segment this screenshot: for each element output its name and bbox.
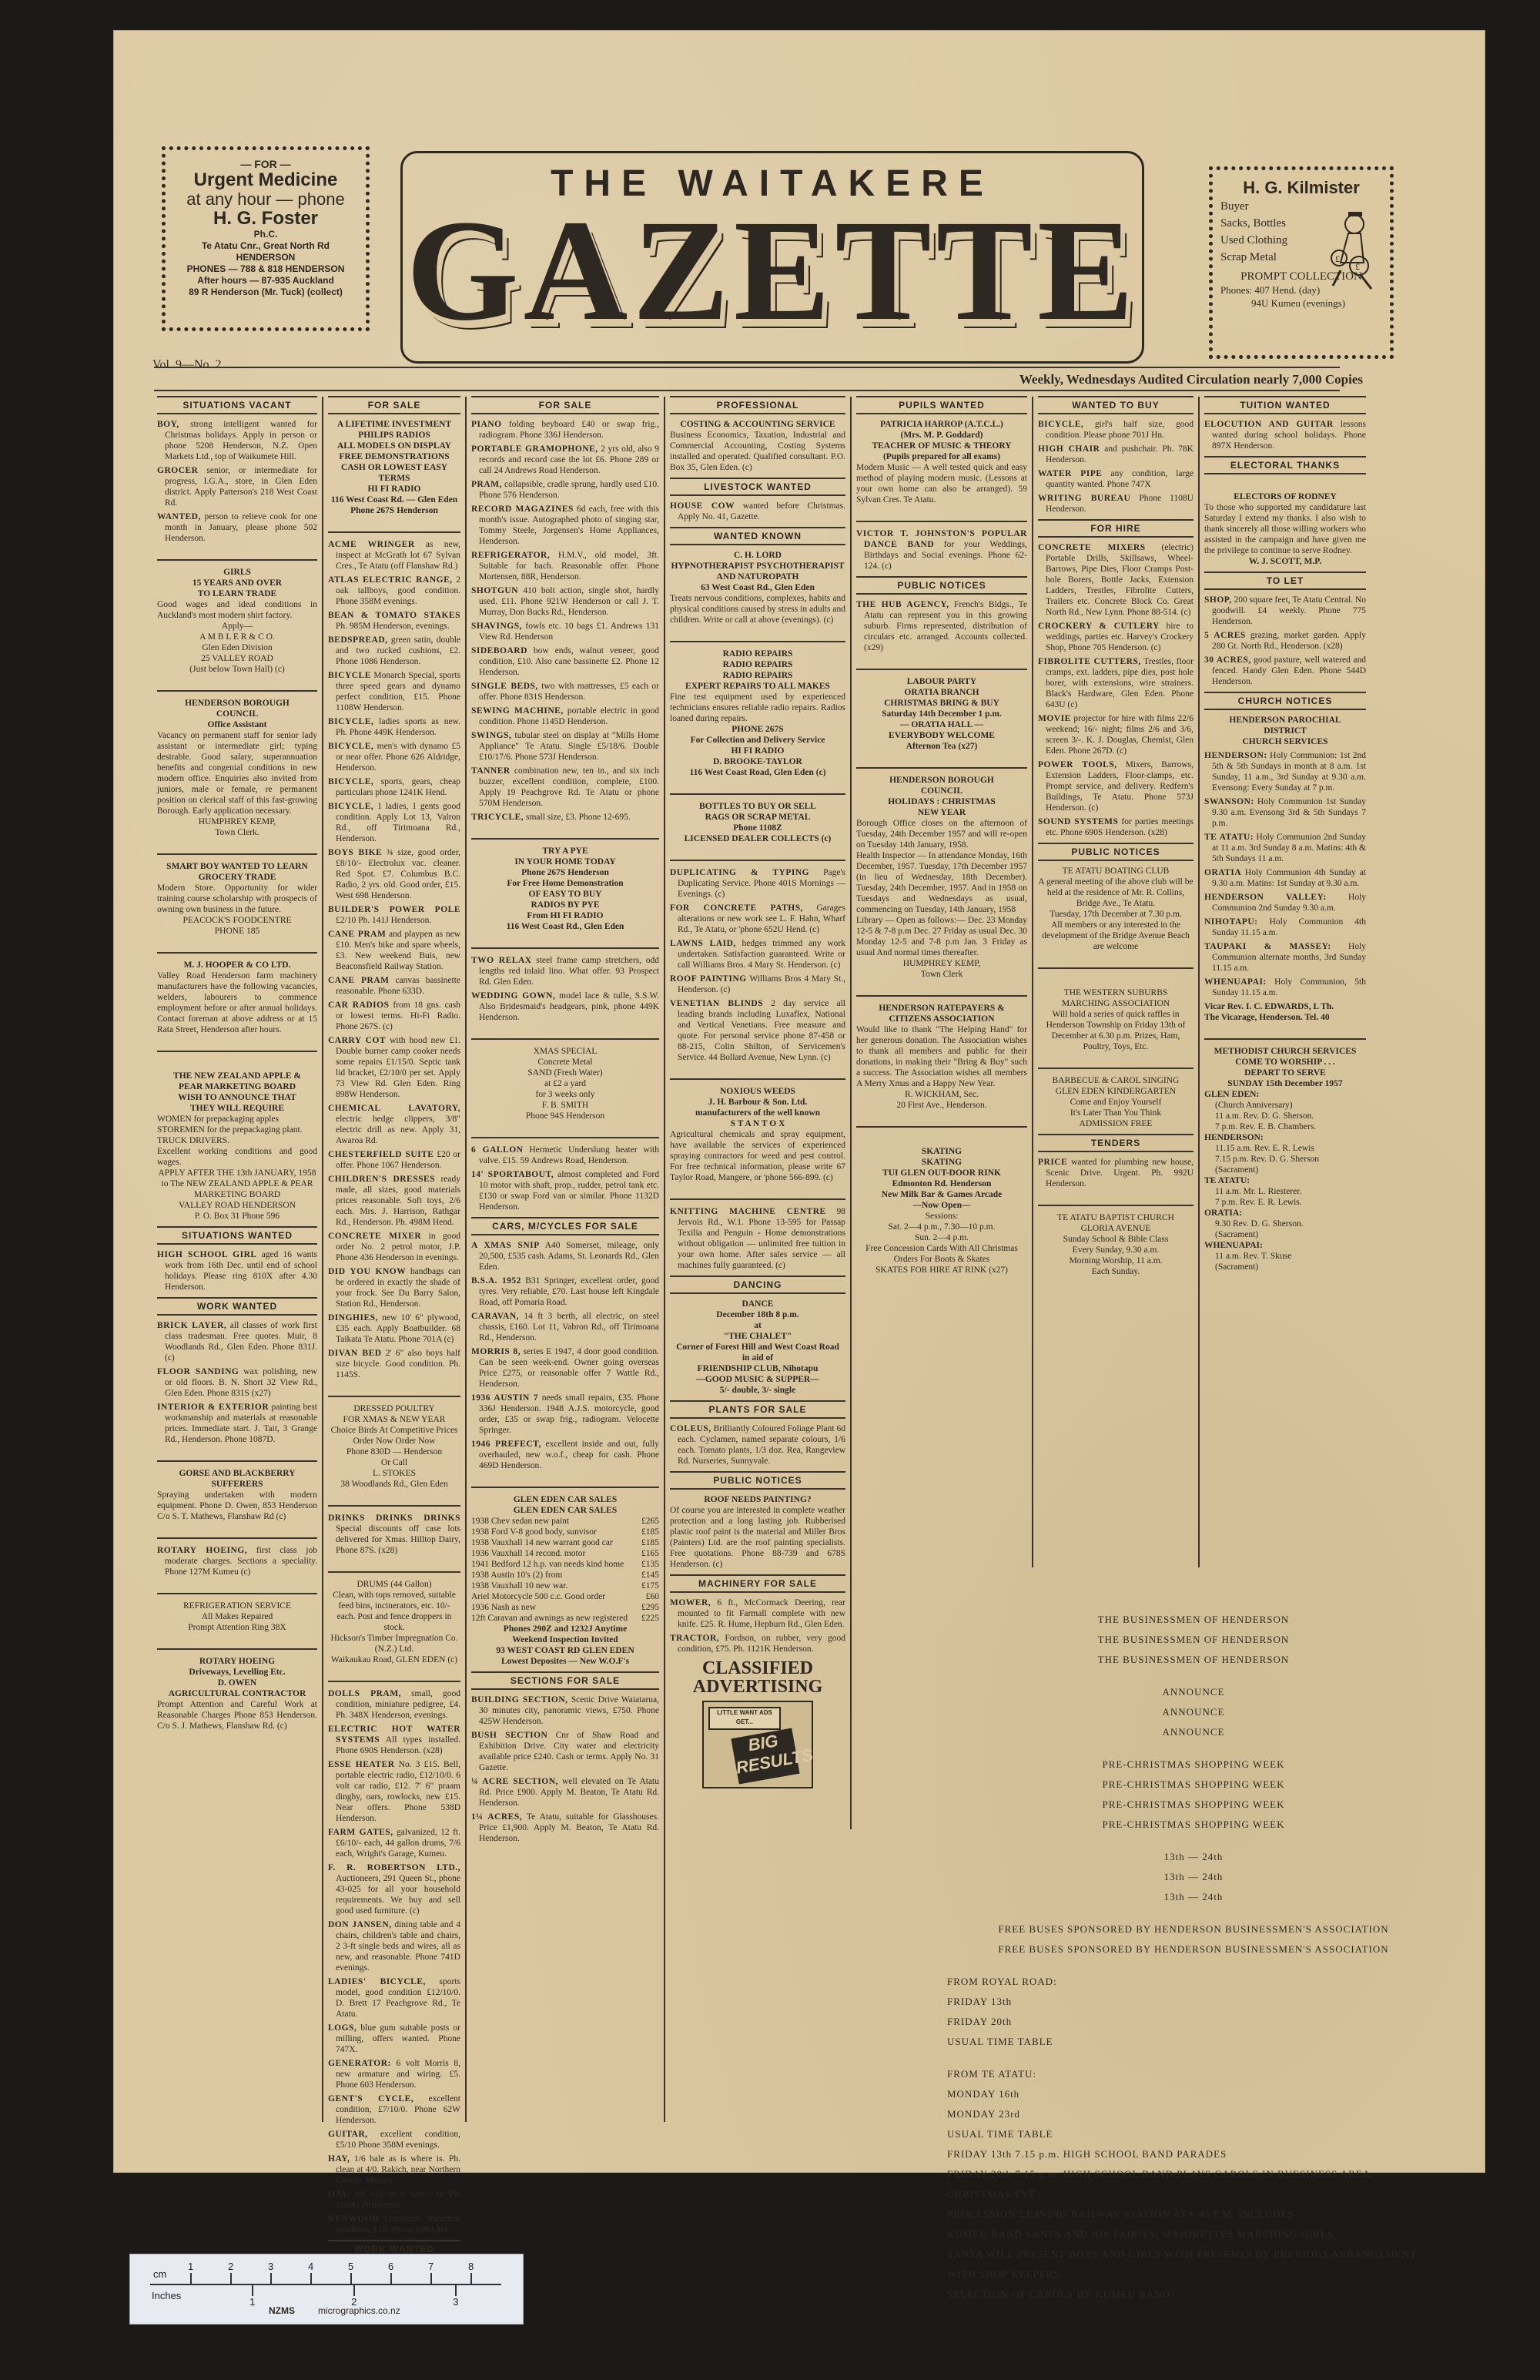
car-price: £60 — [646, 1591, 659, 1602]
ad-keyword: MORRIS 8, — [471, 1347, 521, 1356]
circulation-line: Weekly, Wednesdays Audited Circulation n… — [1019, 372, 1363, 387]
classified-ad: WEDDING GOWN, model lace & tulle, S.S.W.… — [471, 991, 659, 1023]
divider — [856, 1117, 1027, 1128]
inch-tick — [252, 2285, 253, 2296]
text-line: Every Sunday, 9.30 a.m. — [1038, 1245, 1193, 1255]
text-line: GLEN EDEN KINDERGARTEN — [1038, 1086, 1193, 1097]
classified-ad: BICYCLE, 1 ladies, 1 gents good conditio… — [328, 801, 460, 844]
cm-tick — [190, 2273, 192, 2284]
cm-tick — [390, 2273, 392, 2284]
text-line: (Mrs. M. P. Goddard) — [856, 430, 1027, 441]
section-heading: PUBLIC NOTICES — [670, 1471, 845, 1490]
classified-ad: CARAVAN, 14 ft 3 berth, all electric, on… — [471, 1311, 659, 1343]
text-line: Phone 830D — Henderson — [328, 1446, 460, 1457]
ad-keyword: CROCKERY & CUTLERY — [1038, 622, 1160, 631]
car-name: 1938 Chev sedan new paint — [471, 1516, 569, 1527]
text-line: 38 Woodlands Rd., Glen Eden — [328, 1479, 460, 1490]
classified-ad: SEWING MACHINE, portable electric in goo… — [471, 706, 659, 727]
ad-keyword: DUPLICATING & TYPING — [670, 868, 809, 877]
cm-tick — [430, 2273, 432, 2284]
text-line: TRY A PYE — [471, 846, 659, 856]
paragraph: WOMEN for prepackaging apples — [157, 1114, 317, 1125]
classified-ad: HENDERSON: Holy Communion: 1st 2nd 5th &… — [1204, 750, 1366, 793]
paragraph: Of course you are interested in complete… — [670, 1505, 845, 1570]
text-line: REFRIGERATION SERVICE — [157, 1601, 317, 1611]
classified-ad: LOGS, blue gum suitable posts or milling… — [328, 2023, 460, 2055]
text-line: MONDAY 23rd — [947, 2104, 1440, 2124]
section-heading: FOR HIRE — [1038, 519, 1193, 538]
text-line: TO LEARN TRADE — [157, 588, 317, 599]
text-line: Choice Birds At Competitive Prices — [328, 1425, 460, 1436]
classified-ad: BOYS BIKE ¾ size, good order, £8/10/- El… — [328, 847, 460, 901]
text-line: EVERYBODY WELCOME — [856, 730, 1027, 741]
text-line: —GOOD MUSIC & SUPPER— — [670, 1374, 845, 1385]
text-line: Phone 94S Henderson — [471, 1111, 659, 1121]
text-line: Will hold a series of quick raffles in H… — [1038, 1009, 1193, 1052]
ad-keyword: GENERATOR: — [328, 2059, 391, 2068]
classified-ad: SWINGS, tubular steel on display at "Mil… — [471, 730, 659, 763]
classified-ad: CONCRETE MIXERS (electric) Portable Dril… — [1038, 542, 1193, 618]
church-location: ORATIA: — [1204, 1208, 1366, 1218]
text-line: Office Assistant — [157, 719, 317, 730]
service-time: 7.15 p.m. Rev. D. G. Sherson — [1204, 1154, 1366, 1165]
text-line: Waikaukau Road, GLEN EDEN (c) — [328, 1654, 460, 1665]
text-line: Edmonton Rd. Henderson — [856, 1178, 1027, 1189]
column-rule — [1198, 397, 1200, 1567]
text-line: D. OWEN — [157, 1678, 317, 1688]
classified-ad: FOR CONCRETE PATHS, Garages alterations … — [670, 903, 845, 935]
volume-number: Vol. 9—No. 2 — [152, 358, 222, 372]
divider — [670, 1189, 845, 1200]
ad-keyword: BICYCLE, — [1038, 420, 1083, 429]
classified-ad: PRICE wanted for plumbing new house, Sce… — [1038, 1157, 1193, 1189]
ad-keyword: WEDDING GOWN, — [471, 991, 555, 1001]
service-time: 7 p.m. Rev. E. R. Lewis. — [1204, 1197, 1366, 1208]
car-name: 1938 Vauxhall 14 new warrant good car — [471, 1537, 613, 1548]
divider — [856, 659, 1027, 670]
classified-ad: HIGH SCHOOL GIRL aged 16 wants work from… — [157, 1249, 317, 1292]
text-line: PRE-CHRISTMAS SHOPPING WEEK — [947, 1755, 1440, 1775]
section-heading: TENDERS — [1038, 1134, 1193, 1152]
text-line: THE WESTERN SUBURBS — [1038, 987, 1193, 998]
text-line: GIRLS — [157, 567, 317, 578]
paragraph: Vacancy on permanent staff for senior la… — [157, 730, 317, 816]
cm-label: 1 — [188, 2261, 193, 2272]
text-line: J. H. Barbour & Son. Ltd. — [670, 1097, 845, 1108]
text-line: FOR XMAS & NEW YEAR — [328, 1414, 460, 1425]
divider — [471, 938, 659, 949]
section-heading: WORK WANTED — [157, 1297, 317, 1316]
classified-ad: BEAN & TOMATO STAKES Ph. 985M Henderson,… — [328, 610, 460, 632]
ad-keyword: CARRY COT — [328, 1036, 386, 1045]
text-line: TE ATATU BAPTIST CHURCH — [1038, 1212, 1193, 1223]
text-line: THE NEW ZEALAND APPLE & — [157, 1071, 317, 1081]
text-line: in aid of — [670, 1353, 845, 1363]
text-line: PRE-CHRISTMAS SHOPPING WEEK — [947, 1795, 1440, 1815]
ad-keyword: CHILDREN'S DRESSES — [328, 1175, 435, 1184]
text-line: WISH TO ANNOUNCE THAT — [157, 1092, 317, 1103]
classified-line: ADVERTISING — [670, 1678, 845, 1696]
column-rule — [465, 397, 467, 2122]
classified-ad: HOUSE COW wanted before Christmas. Apply… — [670, 501, 845, 522]
text-line: (Just below Town Hall) (c) — [157, 664, 317, 675]
classified-ad: TWO RELAX steel frame camp stretchers, o… — [471, 955, 659, 987]
ad-keyword: BOY, — [157, 420, 179, 429]
cm-label: 3 — [268, 2261, 273, 2272]
divider — [328, 1386, 460, 1397]
classified-ad: CHILDREN'S DRESSES ready made, all sizes… — [328, 1174, 460, 1228]
ad-keyword: HENDERSON: — [1204, 751, 1267, 760]
big-results-icon: BIG RESULTS — [731, 1728, 799, 1785]
service-time: 11 a.m. Rev. T. Skuse — [1204, 1251, 1366, 1262]
classified-ad: SIDEBOARD bow ends, walnut veneer, good … — [471, 645, 659, 678]
ad-keyword: HIGH SCHOOL GIRL — [157, 1250, 257, 1259]
ad-keyword: LAWNS LAID, — [670, 939, 736, 948]
text-line: FRIENDSHIP CLUB, Nihotapu — [670, 1363, 845, 1374]
text-line: Sun. 2—4 p.m. — [856, 1232, 1027, 1243]
divider — [157, 1041, 317, 1052]
text-line: HENDERSON PAROCHIAL — [1204, 715, 1366, 726]
car-name: 12ft Caravan and awnings as new register… — [471, 1613, 628, 1624]
classified-ad: ACME WRINGER as new, inspect at McGrath … — [328, 539, 460, 572]
text-line: BARBECUE & CAROL SINGING — [1038, 1075, 1193, 1086]
text-line: HI FI RADIO — [328, 484, 460, 494]
text-line: F. B. SMITH — [471, 1100, 659, 1111]
service-time: 11 a.m. Mr. L. Riesterer. — [1204, 1186, 1366, 1197]
text-line: HUMPHREY KEMP, — [856, 958, 1027, 969]
car-price: £225 — [641, 1613, 659, 1624]
spacer — [947, 1907, 1440, 1919]
text-line: HENDERSON BOROUGH — [856, 775, 1027, 786]
text-line: PROCESSION LEAVING RAILWAY STATION AT 6.… — [947, 2204, 1440, 2224]
divider — [157, 943, 317, 954]
classified-ad: FARM GATES, galvanized, 12 ft. £6/10/- e… — [328, 1827, 460, 1859]
classified-ad: KNITTING MACHINE CENTRE 98 Jervois Rd., … — [670, 1206, 845, 1271]
church-location: TE ATATU: — [1204, 1175, 1366, 1186]
ad-keyword: BICYCLE — [328, 671, 371, 680]
ad-keyword: COLEUS, — [670, 1424, 711, 1433]
text-line: Free Concession Cards With All Christmas… — [856, 1243, 1027, 1265]
classified-ad: BRICK LAYER, all classes of work first c… — [157, 1320, 317, 1363]
ad-keyword: REFRIGERATOR, — [471, 551, 550, 560]
classified-ad: 6 GALLON Hermetic Underslung heater with… — [471, 1145, 659, 1166]
section-heading: PROFESSIONAL — [670, 396, 845, 414]
divider — [670, 784, 845, 795]
divider — [1038, 1195, 1193, 1206]
inch-label: 3 — [453, 2296, 458, 2308]
paragraph: To those who supported my candidature la… — [1204, 502, 1366, 556]
ad-keyword: WATER PIPE — [1038, 469, 1102, 478]
text-line: 116 West Coast Rd. — Glen Eden — [328, 494, 460, 505]
ad-keyword: ACME WRINGER — [328, 540, 415, 549]
service-time: (Sacrament) — [1204, 1229, 1366, 1240]
classified-ad: HENDERSON VALLEY: Holy Communion 2nd Sun… — [1204, 892, 1366, 913]
text-line: METHODIST CHURCH SERVICES — [1204, 1046, 1366, 1057]
ad-keyword: 5 ACRES — [1204, 631, 1246, 640]
cm-label: 6 — [388, 2261, 393, 2272]
text-line: FRIDAY 20th 7.15 p.m. HIGH SCHOOL BAND P… — [947, 2164, 1440, 2184]
divider — [154, 367, 1340, 368]
ad-keyword: HAY, — [328, 2154, 350, 2164]
classified-ad: B.S.A. 1952 B31 Springer, excellent orde… — [471, 1275, 659, 1308]
service-time: (Church Anniversary) — [1204, 1100, 1366, 1111]
classified-ad: INTERIOR & EXTERIOR painting best workma… — [157, 1402, 317, 1445]
divider — [157, 681, 317, 692]
text-line: CASH OR LOWEST EASY TERMS — [328, 462, 460, 484]
ad-keyword: BICYCLE, — [328, 742, 373, 751]
classified-ad: 30 ACRES, good pasture, well watered and… — [1204, 655, 1366, 687]
text-line: HENDERSON RATEPAYERS & — [856, 1003, 1027, 1014]
ad-keyword: NIHOTAPU: — [1204, 917, 1257, 927]
cm-label: 8 — [468, 2261, 474, 2272]
text-line: DANCE — [670, 1299, 845, 1309]
church-location: HENDERSON: — [1204, 1132, 1366, 1143]
ad-keyword: CARAVAN, — [471, 1312, 519, 1321]
column-4: PROFESSIONALCOSTING & ACCOUNTING SERVICE… — [670, 391, 845, 1793]
text-line: Vicar Rev. I. C. EDWARDS, L Th. — [1204, 1001, 1366, 1012]
classified-ad: REFRIGERATOR, H.M.V., old model, 3ft. Su… — [471, 550, 659, 582]
section-heading: WANTED KNOWN — [670, 527, 845, 545]
cm-label: 4 — [308, 2261, 313, 2272]
classified-ad: ESSE HEATER No. 3 £15. Bell, portable el… — [328, 1759, 460, 1824]
text-line: FRIDAY 13th — [947, 1992, 1440, 2012]
classified-ad: WATER PIPE any condition, large quantity… — [1038, 468, 1193, 490]
text-line: December 18th 8 p.m. — [670, 1309, 845, 1320]
classified-ad: DRINKS DRINKS DRINKS Special discounts o… — [328, 1513, 460, 1556]
paragraph: Fine test equipment used by experienced … — [670, 692, 845, 724]
text-line: GORSE AND BLACKBERRY — [157, 1468, 317, 1479]
classified-ad: 5 ACRES grazing, market garden. Apply 28… — [1204, 630, 1366, 652]
text-line: Corner of Forest Hill and West Coast Roa… — [670, 1342, 845, 1353]
text-line: PEAR MARKETING BOARD — [157, 1081, 317, 1092]
svg-text:£: £ — [1335, 253, 1340, 264]
classified-ad: MOWER, 6 ft., McCormack Deering, rear mo… — [670, 1597, 845, 1630]
classified-ad: CHEMICAL LAVATORY, electric hedge clippe… — [328, 1103, 460, 1146]
classified-ad: GROCER senior, or intermediate for progr… — [157, 465, 317, 508]
section-heading: FOR SALE — [328, 396, 460, 414]
ad-keyword: DIVAN BED — [328, 1349, 382, 1358]
text-line: 116 West Coast Rd., Glen Eden — [471, 921, 659, 932]
paragraph: Library — Open as follows:— Dec. 23 Mond… — [856, 915, 1027, 958]
classified-ad: NIHOTAPU: Holy Communion 4th Sunday 11.1… — [1204, 917, 1366, 938]
divider — [670, 1069, 845, 1080]
spacer — [856, 1134, 1027, 1146]
column-5: PUPILS WANTEDPATRICIA HARROP (A.T.C.L.)(… — [856, 391, 1027, 1275]
text-line: RADIO REPAIRS — [670, 649, 845, 659]
ad-keyword: LADIES' BICYCLE, — [328, 1977, 426, 1986]
inch-tick — [455, 2285, 457, 2296]
classified-ad: PRAM, collapsible, cradle sprung, hardly… — [471, 479, 659, 501]
text-line: — ORATIA HALL — — [856, 719, 1027, 730]
section-heading: PUPILS WANTED — [856, 396, 1027, 414]
section-heading: WANTED TO BUY — [1038, 396, 1193, 414]
text-line: DISTRICT — [1204, 726, 1366, 736]
service-time: (Sacrament) — [1204, 1262, 1366, 1272]
divider — [328, 1562, 460, 1573]
ad-keyword: SHOP, — [1204, 595, 1232, 605]
divider — [157, 1639, 317, 1650]
text-line: OF EASY TO BUY — [471, 889, 659, 900]
text-line: Town Clerk — [856, 969, 1027, 980]
classified-ad: ELOCUTION AND GUITAR lessons wanted duri… — [1204, 419, 1366, 451]
text-line: NOXIOUS WEEDS — [670, 1086, 845, 1097]
text-line: SELECTION OF CAROLS BY KUMEU BAND — [947, 2284, 1440, 2305]
section-heading: LIVESTOCK WANTED — [670, 478, 845, 496]
text-line: DRUMS (44 Gallon) — [328, 1579, 460, 1590]
section-heading: TO LET — [1204, 572, 1366, 590]
text-line: KUMEU BAND SANTA AND HIS FAIRIES, MAJORE… — [947, 2224, 1440, 2244]
divider — [471, 1128, 659, 1138]
text-line: ORATIA BRANCH — [856, 687, 1027, 698]
masthead-title: GAZETTE — [403, 205, 1142, 336]
service-time: 9.30 Rev. D. G. Sherson. — [1204, 1218, 1366, 1229]
classified-ad: VICTOR T. JOHNSTON'S POPULAR DANCE BAND … — [856, 528, 1027, 572]
text-line: (Pupils prepared for all exams) — [856, 451, 1027, 462]
text-line: PHONE 185 — [157, 926, 317, 937]
text-line: S T A N T O X — [670, 1118, 845, 1129]
text-line: THE BUSINESSMEN OF HENDERSON — [947, 1630, 1440, 1650]
spacer — [947, 1670, 1440, 1682]
classified-ad: 1936 AUSTIN 7 needs small repairs, £35. … — [471, 1393, 659, 1436]
text-line: Sessions: — [856, 1211, 1027, 1222]
ad-keyword: BOYS BIKE — [328, 848, 382, 857]
car-row: 1941 Bedford 12 h.p. van needs kind home… — [471, 1559, 659, 1570]
ad-keyword: HENDERSON VALLEY: — [1204, 893, 1327, 902]
section-heading: CARS, M/CYCLES FOR SALE — [471, 1217, 659, 1235]
classified-ad: 1¼ ACRES, Te Atatu, suitable for Glassho… — [471, 1812, 659, 1844]
column-6: WANTED TO BUYBICYCLE, girl's half size, … — [1038, 391, 1193, 1277]
ad-keyword: DINGHIES, — [328, 1313, 378, 1322]
car-name: 1938 Austin 10's (2) from — [471, 1570, 562, 1581]
car-row: 12ft Caravan and awnings as new register… — [471, 1613, 659, 1624]
text-line: GLEN EDEN CAR SALES — [471, 1505, 659, 1516]
ad-keyword: SEWING MACHINE, — [471, 706, 564, 716]
ad-keyword: SINGLE BEDS, — [471, 682, 538, 691]
text-line: FREE DEMONSTRATIONS — [328, 451, 460, 462]
text-line: M. J. HOOPER & CO LTD. — [157, 960, 317, 970]
divider — [1038, 1058, 1193, 1069]
paragraph: Modern Store. Opportunity for wider trai… — [157, 883, 317, 915]
car-name: 1938 Ford V-8 good body, sunvisor — [471, 1527, 597, 1537]
ad-keyword: WANTED, — [157, 512, 201, 521]
classified-ad: BUILDER'S POWER POLE £2/10 Ph. 141J Hend… — [328, 904, 460, 926]
ad-keyword: ESSE HEATER — [328, 1760, 395, 1769]
ad-keyword: CONCRETE MIXER — [328, 1232, 421, 1241]
ad-keyword: TRACTOR, — [670, 1634, 719, 1643]
classified-ad: BICYCLE, girl's half size, good conditio… — [1038, 419, 1193, 441]
classified-ad: WRITING BUREAU Phone 1108U Henderson. — [1038, 493, 1193, 515]
ad-urgent-medicine: — FOR — Urgent Medicine at any hour — ph… — [162, 146, 370, 331]
ad-kilmister: H. G. Kilmister BuyerSacks, BottlesUsed … — [1209, 166, 1394, 359]
car-price: £145 — [641, 1570, 659, 1581]
section-heading: PUBLIC NOTICES — [856, 576, 1027, 595]
ad-keyword: INTERIOR & EXTERIOR — [157, 1403, 269, 1412]
paragraph: Health Inspector — In attendance Monday,… — [856, 850, 1027, 915]
car-name: Ariel Motorcycle 500 c.c. Good order — [471, 1591, 605, 1602]
ad-keyword: B.S.A. 1952 — [471, 1276, 521, 1286]
text-line: FRIDAY 20th — [947, 2012, 1440, 2032]
text-line: A general meeting of the above club will… — [1038, 877, 1193, 898]
text-line: EXPERT REPAIRS TO ALL MAKES — [670, 681, 845, 692]
ad-keyword: VENETIAN BLINDS — [670, 999, 763, 1008]
text-line: Phone 267S Henderson — [471, 867, 659, 878]
ad-keyword: 6 GALLON — [471, 1145, 523, 1155]
ad-keyword: DID YOU KNOW — [328, 1267, 406, 1276]
text-line: 13th — 24th — [947, 1867, 1440, 1887]
service-time: 7 p.m. Rev. E. B. Chambers. — [1204, 1121, 1366, 1132]
classified-ad: ATLAS ELECTRIC RANGE, 2 oak tallboys, go… — [328, 575, 460, 607]
text-line: RAGS OR SCRAP METAL — [670, 812, 845, 823]
text-line: SUNDAY 15th December 1957 — [1204, 1078, 1366, 1089]
ad-keyword: SIDEBOARD — [471, 646, 527, 655]
classified-ad: 14' SPORTABOUT, almost completed and For… — [471, 1169, 659, 1212]
section-heading: DANCING — [670, 1275, 845, 1294]
classified-ad: ORATIA Holy Communion 4th Sunday at 9.30… — [1204, 867, 1366, 889]
ad-keyword: KENWOOD — [328, 2214, 379, 2224]
car-row: 1938 Ford V-8 good body, sunvisor£185 — [471, 1527, 659, 1537]
section-heading: SITUATIONS VACANT — [157, 396, 317, 414]
car-price: £265 — [641, 1516, 659, 1527]
column-rule — [664, 397, 665, 2122]
text-line: Come and Enjoy Yourself — [1038, 1097, 1193, 1108]
classified-ad: DOLLS PRAM, small, good condition, minia… — [328, 1688, 460, 1721]
ad-keyword: PIANO — [471, 420, 502, 429]
classified-ad: ROOF PAINTING Williams Bros 4 Mary St., … — [670, 974, 845, 995]
service-time: 11 a.m. Rev. D. G. Sherson. — [1204, 1111, 1366, 1121]
text-line: COSTING & ACCOUNTING SERVICE — [670, 419, 845, 430]
text-line: LABOUR PARTY — [856, 676, 1027, 687]
ad-keyword: TRICYCLE, — [471, 813, 524, 822]
ad-keyword: CANE PRAM — [328, 930, 386, 939]
ad-keyword: THE HUB AGENCY, — [856, 600, 949, 609]
masthead: THE WAITAKERE GAZETTE — [400, 151, 1144, 364]
text-line: THEY WILL REQUIRE — [157, 1103, 317, 1114]
want-ads-illustration: LITTLE WANT ADS GET...BIG RESULTS — [702, 1701, 813, 1788]
classified-ad: SHOTGUN 410 bolt action, single shot, ha… — [471, 585, 659, 618]
classified-ad: MORRIS 8, series E 1947, 4 door good con… — [471, 1346, 659, 1389]
ad-keyword: ORATIA — [1204, 868, 1241, 877]
text-line: NEW YEAR — [856, 807, 1027, 818]
car-price: £295 — [641, 1602, 659, 1613]
classified-ad: KENWOOD Liquidizer, excellent condition,… — [328, 2214, 460, 2235]
want-ads-sign: LITTLE WANT ADS GET... — [708, 1707, 781, 1730]
ad-keyword: BUSH SECTION — [471, 1731, 547, 1740]
paragraph: Would like to thank "The Helping Hand" f… — [856, 1024, 1027, 1089]
text-line: TUI GLEN OUT-DOOR RINK — [856, 1168, 1027, 1178]
text-line: W. J. SCOTT, M.P. — [1204, 556, 1366, 567]
text-line: SKATING — [856, 1146, 1027, 1157]
text-line: SKATES FOR HIRE AT RINK (x27) — [856, 1265, 1027, 1275]
text-line: C. H. LORD — [670, 550, 845, 561]
section-heading: FOR SALE — [471, 396, 659, 414]
text-line: 20 First Ave., Henderson. — [856, 1100, 1027, 1111]
ad-keyword: VICTOR T. JOHNSTON'S POPULAR DANCE BAND — [856, 529, 1027, 549]
ad-keyword: TAUPAKI & MASSEY: — [1204, 942, 1331, 951]
car-price: £185 — [641, 1527, 659, 1537]
classified-ad: TAUPAKI & MASSEY: Holy Communion alterna… — [1204, 941, 1366, 974]
ad-keyword: CHESTERFIELD SUITE — [328, 1150, 434, 1159]
divider — [471, 1477, 659, 1488]
classified-ad: DIVAN BED 2' 6" also boys half size bicy… — [328, 1348, 460, 1380]
text-line: A LIFETIME INVESTMENT — [328, 419, 460, 430]
car-price: £185 — [641, 1537, 659, 1548]
text-line: TE ATATU BOATING CLUB — [1038, 866, 1193, 877]
ad-keyword: TE ATATU: — [1204, 833, 1254, 842]
classified-ad: DINGHIES, new 10' 6" plywood, £35 each. … — [328, 1312, 460, 1345]
text-line: Town Clerk. — [157, 827, 317, 838]
text-line: RADIO REPAIRS — [670, 659, 845, 670]
divider — [157, 550, 317, 561]
